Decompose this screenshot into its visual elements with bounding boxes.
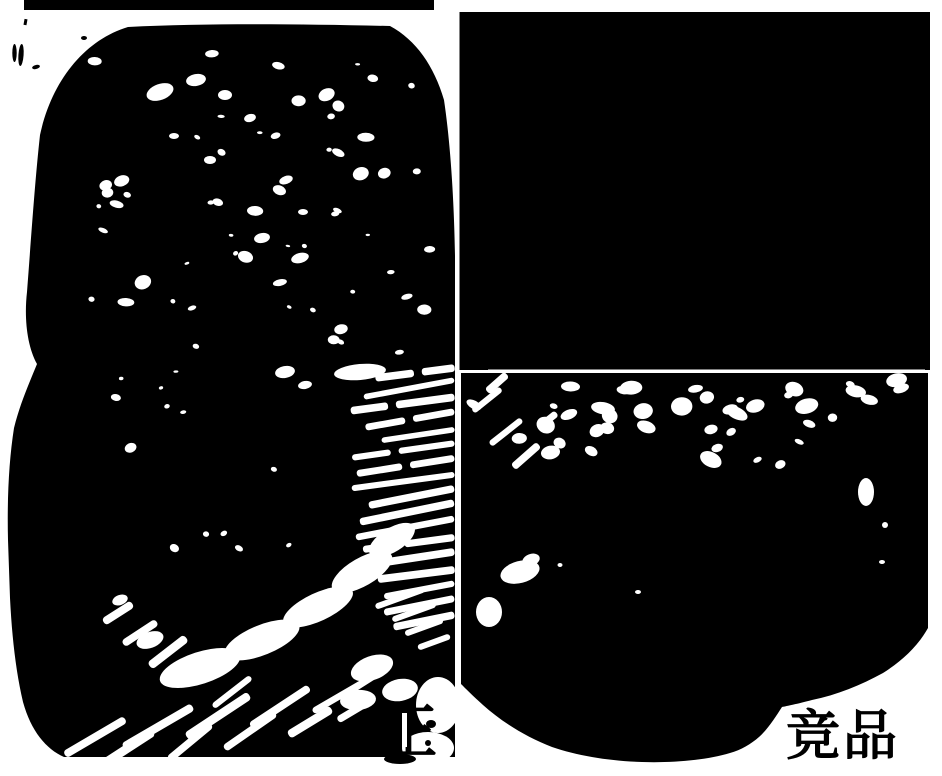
left-label-white-slit (402, 713, 407, 747)
right-photo: 竞品 (460, 12, 931, 767)
left-photo: 正 (8, 0, 460, 768)
binarized-fracture-comparison-figure: 正 竞品 (0, 0, 942, 776)
left-photo-top-strip (24, 0, 434, 10)
right-photo-seam (488, 370, 925, 373)
figure-canvas: 正 竞品 (0, 0, 942, 776)
right-photo-top-block (460, 12, 931, 370)
right-photo-label: 竞品 (786, 704, 900, 767)
